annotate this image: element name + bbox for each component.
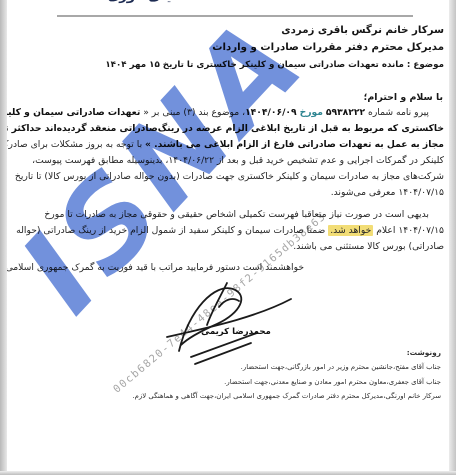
cc-title: رونوشت: [15,346,441,360]
text-segment: مجاز به عمل به تعهدات صادراتی فارغ از ال… [145,139,444,150]
recipient-block: سرکار خانم نرگس باقری زمردی مدیرکل محترم… [12,22,444,56]
text-segment: ، موضوع بند (۳) مبنی بر « [140,107,245,118]
text-segment: خواهد شد. [328,225,373,236]
text-segment: ۱۴۰۴/۰۷/۱۵ معرفی می‌شوند. [331,187,444,198]
text-segment: ۱۴۰۴/۰۷/۱۵ اعلام [373,225,444,236]
text-line: خواهشمند است دستور فرمایید مراتب با قید … [11,260,444,276]
paragraph: پیرو نامه شماره ۵۹۳۸۲۲۲ مورخ ۱۴۰۴/۰۶/۰۹،… [11,105,444,202]
text-segment: تعهدات صادراتی سیمان و کلینکر [7,107,140,118]
scan-edge-left [0,0,7,475]
subject-line: موضوع : مانده تعهدات صادراتی سیمان و کلی… [12,60,444,70]
text-segment: ۱۴۰۴/۰۶/۰۹ [245,107,297,118]
cc-line: جناب آقای مفتح،جانشین محترم وزیر در امور… [15,360,441,375]
text-line: ۱۴۰۴/۰۷/۱۵ معرفی می‌شوند. [11,185,444,201]
text-segment: ۵۹۳۸۲۲۲ [326,107,365,118]
salutation: با سلام و احترام؛ [364,92,443,103]
scanned-letter-screenshot: خیلی فوری سرکار خانم نرگس باقری زمردی مد… [0,0,456,475]
text-line: صادراتی) بورس کالا مستثنی می باشند. [11,239,444,255]
text-segment: خواهشمند است دستور فرمایید مراتب با قید … [7,262,304,273]
text-segment: کلینکر در گمرکات اجرایی و عدم تشخیص خرید… [32,155,444,166]
paragraph: خواهشمند است دستور فرمایید مراتب با قید … [11,260,444,276]
text-line: شرکت‌های مجاز به صادرات سیمان و کلینکر خ… [11,169,444,185]
text-segment: بدیهی است در صورت نیاز متعاقبا فهرست تکم… [44,209,429,220]
letter-page: خیلی فوری سرکار خانم نرگس باقری زمردی مد… [7,0,449,471]
paragraph: بدیهی است در صورت نیاز متعاقبا فهرست تکم… [11,207,444,255]
scan-edge-bottom [0,471,456,475]
text-segment: پیرو نامه شماره [365,107,429,118]
cc-line: سرکار خانم اورنگی،مدیرکل محترم دفتر صادر… [15,389,441,404]
text-segment: با توجه به بروز مشکلات برای صادرکنندگان … [7,139,145,150]
cc-line: جناب آقای جعفری،معاون محترم امور معادن و… [15,375,441,390]
text-segment: صادراتی) بورس کالا مستثنی می باشند. [293,241,444,252]
letter-body: پیرو نامه شماره ۵۹۳۸۲۲۲ مورخ ۱۴۰۴/۰۶/۰۹،… [11,105,444,281]
recipient-name: سرکار خانم نرگس باقری زمردی [12,22,444,39]
text-line: مجاز به عمل به تعهدات صادراتی فارغ از ال… [11,137,444,153]
urgency-annotation: خیلی فوری [84,0,206,4]
recipient-title: مدیرکل محترم دفتر مقررات صادرات و واردات [12,39,444,56]
scan-edge-right [449,0,456,475]
text-segment: شرکت‌های مجاز به صادرات سیمان و کلینکر خ… [15,171,444,182]
text-line: بدیهی است در صورت نیاز متعاقبا فهرست تکم… [11,207,444,223]
text-line: پیرو نامه شماره ۵۹۳۸۲۲۲ مورخ ۱۴۰۴/۰۶/۰۹،… [11,105,444,121]
text-line: کلینکر در گمرکات اجرایی و عدم تشخیص خرید… [11,153,444,169]
text-segment: مورخ [300,107,323,118]
text-line: ۱۴۰۴/۰۷/۱۵ اعلام خواهد شد. ضمنا صادرات س… [11,223,444,239]
header-divider [57,15,413,17]
text-line: خاکستری که مربوط به قبل از تاریخ ابلاغی … [11,121,444,137]
text-segment: ضمنا صادرات سیمان و کلینکر سفید از شمول … [16,225,328,236]
cc-lines: جناب آقای مفتح،جانشین محترم وزیر در امور… [15,360,441,404]
text-segment: خاکستری که مربوط به قبل از تاریخ ابلاغی … [7,123,444,134]
signer-name: محمدرضا کریمی [190,327,282,337]
cc-block: رونوشت: جناب آقای مفتح،جانشین محترم وزیر… [15,346,441,404]
